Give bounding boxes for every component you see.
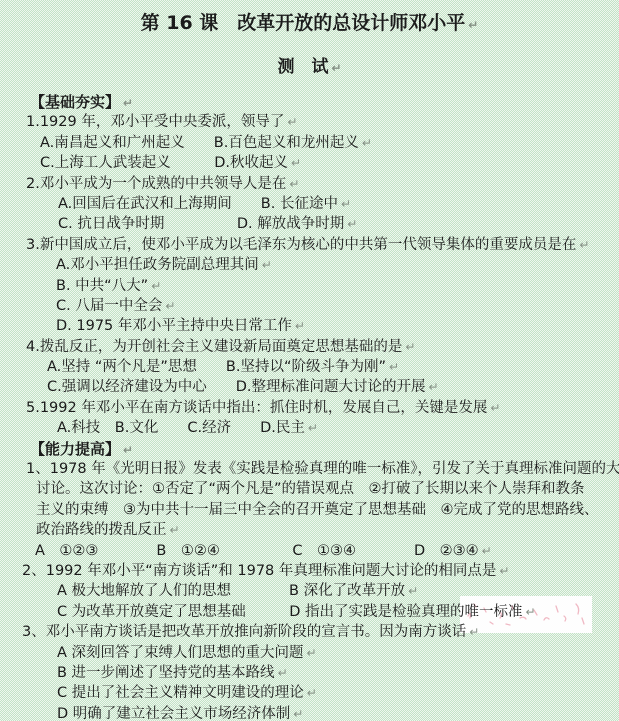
- line-text: C 提出了社会主义精神文明建设的理论: [57, 685, 304, 701]
- line-text: 2.邓小平成为一个成熟的中共领导人是在: [26, 176, 286, 192]
- line-text: 3.新中国成立后，使邓小平成为以毛泽东为核心的中共第一代领导集体的重要成员是在: [26, 237, 576, 253]
- text-line: A 极大地解放了人们的思想 B 深化了改革开放↵: [0, 581, 619, 601]
- paragraph-return-icon: ↵: [579, 238, 589, 252]
- line-text: B. 中共“八大”: [56, 278, 148, 294]
- paragraph-return-icon: ↵: [289, 177, 299, 191]
- text-line: 2.邓小平成为一个成熟的中共领导人是在↵: [0, 174, 619, 194]
- line-text: C. 抗日战争时期 D. 解放战争时期: [58, 216, 344, 232]
- paragraph-return-icon: ↵: [331, 61, 341, 75]
- line-text: 1、1978 年《光明日报》发表《实践是检验真理的唯一标准》，引发了关于真理标准…: [26, 461, 619, 477]
- paragraph-return-icon: ↵: [429, 380, 439, 394]
- text-line: C. 抗日战争时期 D. 解放战争时期↵: [0, 214, 619, 234]
- text-line: C.强调以经济建设为中心 D.整理标准问题大讨论的开展↵: [0, 377, 619, 397]
- text-line: C.上海工人武装起义 D.秋收起义↵: [0, 153, 619, 173]
- line-text: A.南昌起义和广州起义 B.百色起义和龙州起义: [40, 135, 359, 151]
- document-page: 第 16 课 改革开放的总设计师邓小平↵ 测 试↵ 【基础夯实】↵1.1929 …: [0, 0, 619, 721]
- line-text: C. 八届一中全会: [56, 298, 162, 314]
- paragraph-return-icon: ↵: [389, 360, 399, 374]
- paragraph-return-icon: ↵: [170, 523, 180, 537]
- paragraph-return-icon: ↵: [490, 401, 500, 415]
- paragraph-return-icon: ↵: [526, 605, 536, 619]
- paragraph-return-icon: ↵: [123, 96, 133, 110]
- paragraph-return-icon: ↵: [262, 258, 272, 272]
- text-line: 3、邓小平南方谈话是把改革开放推向新阶段的宣言书。因为南方谈话↵: [0, 622, 619, 642]
- paragraph-return-icon: ↵: [291, 156, 301, 170]
- line-text: 4.拨乱反正，为开创社会主义建设新局面奠定思想基础的是: [26, 339, 402, 355]
- line-text: 1.1929 年，邓小平受中央委派，领导了: [26, 114, 284, 130]
- text-line: A.坚持 “两个凡是”思想 B.坚持以“阶级斗争为刚”↵: [0, 357, 619, 377]
- paragraph-return-icon: ↵: [123, 443, 133, 457]
- paragraph-return-icon: ↵: [151, 279, 161, 293]
- paragraph-return-icon: ↵: [293, 707, 303, 721]
- text-line: 讨论。这次讨论：①否定了“两个凡是”的错误观点 ②打破了长期以来个人崇拜和教条: [0, 479, 619, 499]
- text-line: 4.拨乱反正，为开创社会主义建设新局面奠定思想基础的是↵: [0, 337, 619, 357]
- line-text: 3、邓小平南方谈话是把改革开放推向新阶段的宣言书。因为南方谈话: [22, 624, 466, 640]
- text-line: 1、1978 年《光明日报》发表《实践是检验真理的唯一标准》，引发了关于真理标准…: [0, 459, 619, 479]
- line-text: 【基础夯实】: [30, 93, 120, 111]
- text-line: 主义的束缚 ③为中共十一届三中全会的召开奠定了思想基础 ④完成了党的思想路线、: [0, 500, 619, 520]
- paragraph-return-icon: ↵: [468, 18, 478, 32]
- paragraph-return-icon: ↵: [482, 544, 492, 558]
- text-line: 3.新中国成立后，使邓小平成为以毛泽东为核心的中共第一代领导集体的重要成员是在↵: [0, 235, 619, 255]
- line-text: A.邓小平担任政务院副总理其间: [56, 257, 259, 273]
- line-text: A ①②③ B ①②④ C ①③④ D ②③④: [35, 543, 479, 559]
- page-title-text: 第 16 课 改革开放的总设计师邓小平: [141, 12, 466, 34]
- paragraph-return-icon: ↵: [308, 421, 318, 435]
- page-subtitle: 测 试↵: [0, 56, 619, 79]
- line-text: 【能力提高】: [30, 440, 120, 458]
- text-line: B 进一步阐述了坚持党的基本路线↵: [0, 663, 619, 683]
- line-text: A 极大地解放了人们的思想 B 深化了改革开放: [57, 583, 405, 599]
- text-line: 5.1992 年邓小平在南方谈话中指出：抓住时机，发展自己，关键是发展↵: [0, 398, 619, 418]
- line-text: 主义的束缚 ③为中共十一届三中全会的召开奠定了思想基础 ④完成了党的思想路线、: [36, 502, 599, 518]
- paragraph-return-icon: ↵: [278, 666, 288, 680]
- line-text: B 进一步阐述了坚持党的基本路线: [57, 665, 275, 681]
- text-line: A.科技 B.文化 C.经济 D.民主↵: [0, 418, 619, 438]
- text-line: 政治路线的拨乱反正↵: [0, 520, 619, 540]
- paragraph-return-icon: ↵: [408, 584, 418, 598]
- text-line: 2、1992 年邓小平“南方谈话”和 1978 年真理标准问题大讨论的相同点是↵: [0, 561, 619, 581]
- text-line: A 深刻回答了束缚人们思想的重大问题↵: [0, 643, 619, 663]
- paragraph-return-icon: ↵: [307, 646, 317, 660]
- text-line: C. 八届一中全会↵: [0, 296, 619, 316]
- text-line: 1.1929 年，邓小平受中央委派，领导了↵: [0, 112, 619, 132]
- page-subtitle-text: 测 试: [277, 57, 328, 77]
- paragraph-return-icon: ↵: [287, 115, 297, 129]
- line-text: 政治路线的拨乱反正: [36, 522, 167, 538]
- text-line: B. 中共“八大”↵: [0, 276, 619, 296]
- paragraph-return-icon: ↵: [405, 340, 415, 354]
- line-text: A.坚持 “两个凡是”思想 B.坚持以“阶级斗争为刚”: [47, 359, 386, 375]
- paragraph-return-icon: ↵: [499, 564, 509, 578]
- text-line: A.回国后在武汉和上海期间 B. 长征途中↵: [0, 194, 619, 214]
- text-line: D. 1975 年邓小平主持中央日常工作↵: [0, 316, 619, 336]
- paragraph-return-icon: ↵: [347, 217, 357, 231]
- line-text: 5.1992 年邓小平在南方谈话中指出：抓住时机，发展自己，关键是发展: [26, 400, 487, 416]
- text-line: C 提出了社会主义精神文明建设的理论↵: [0, 683, 619, 703]
- paragraph-return-icon: ↵: [341, 197, 351, 211]
- line-text: D 明确了建立社会主义市场经济体制: [57, 706, 290, 721]
- text-line: C 为改革开放奠定了思想基础 D 指出了实践是检验真理的唯一标准↵: [0, 602, 619, 622]
- line-text: A 深刻回答了束缚人们思想的重大问题: [57, 645, 304, 661]
- text-line: A.南昌起义和广州起义 B.百色起义和龙州起义↵: [0, 133, 619, 153]
- page-title: 第 16 课 改革开放的总设计师邓小平↵: [0, 0, 619, 36]
- paragraph-return-icon: ↵: [362, 136, 372, 150]
- paragraph-return-icon: ↵: [469, 625, 479, 639]
- text-line: A.邓小平担任政务院副总理其间↵: [0, 255, 619, 275]
- text-line: A ①②③ B ①②④ C ①③④ D ②③④↵: [0, 541, 619, 561]
- paragraph-return-icon: ↵: [165, 299, 175, 313]
- line-text: 讨论。这次讨论：①否定了“两个凡是”的错误观点 ②打破了长期以来个人崇拜和教条: [36, 481, 585, 497]
- paragraph-return-icon: ↵: [295, 319, 305, 333]
- text-line: D 明确了建立社会主义市场经济体制↵: [0, 704, 619, 721]
- line-text: 2、1992 年邓小平“南方谈话”和 1978 年真理标准问题大讨论的相同点是: [22, 563, 496, 579]
- document-body: 【基础夯实】↵1.1929 年，邓小平受中央委派，领导了↵A.南昌起义和广州起义…: [0, 92, 619, 721]
- line-text: A.回国后在武汉和上海期间 B. 长征途中: [58, 196, 338, 212]
- line-text: D. 1975 年邓小平主持中央日常工作: [56, 318, 292, 334]
- line-text: C.强调以经济建设为中心 D.整理标准问题大讨论的开展: [47, 379, 426, 395]
- paragraph-return-icon: ↵: [307, 686, 317, 700]
- line-text: A.科技 B.文化 C.经济 D.民主: [57, 420, 305, 436]
- section-header: 【基础夯实】↵: [0, 92, 619, 112]
- section-header: 【能力提高】↵: [0, 439, 619, 459]
- line-text: C 为改革开放奠定了思想基础 D 指出了实践是检验真理的唯一标准: [57, 604, 523, 620]
- line-text: C.上海工人武装起义 D.秋收起义: [40, 155, 288, 171]
